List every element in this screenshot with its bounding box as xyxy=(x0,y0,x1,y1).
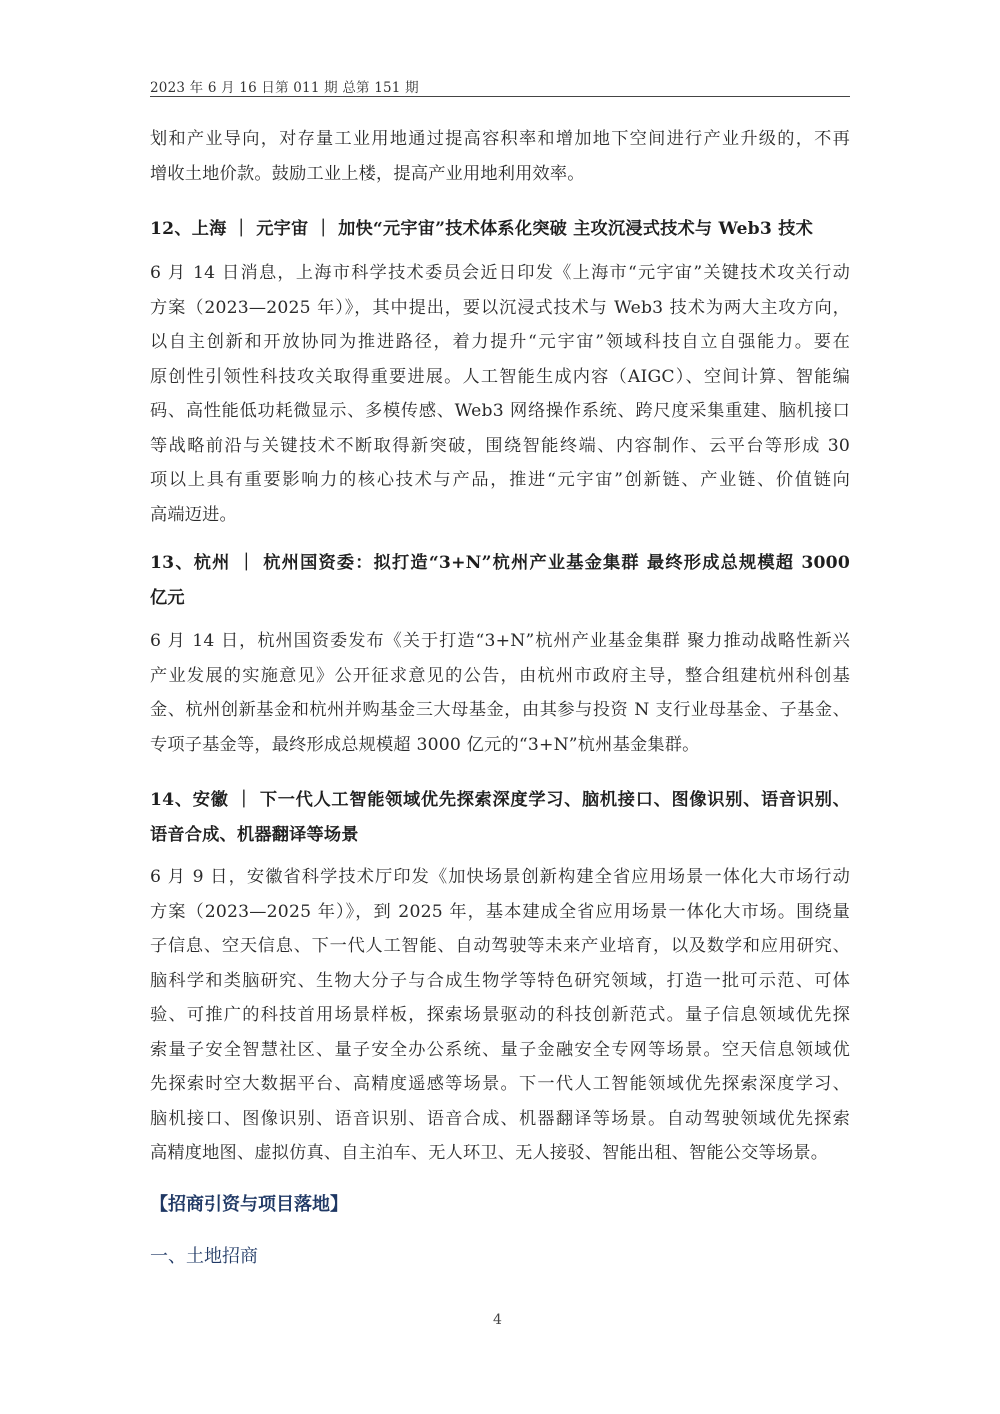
header-divider xyxy=(150,96,850,97)
text-line: 划和产业导向，对存量工业用地通过提高容积率和增加地下空间进行产业升级的，不再 xyxy=(150,122,850,157)
text-line: 以自主创新和开放协同为推进路径，着力提升“元宇宙”领域科技自立自强能力。要在 xyxy=(150,325,850,360)
text-line: 码、高性能低功耗微显示、多模传感、Web3 网络操作系统、跨尺度采集重建、脑机接… xyxy=(150,394,850,429)
text-line: 等战略前沿与关键技术不断取得新突破，围绕智能终端、内容制作、云平台等形成 30 xyxy=(150,429,850,464)
text-line: 原创性引领性科技攻关取得重要进展。人工智能生成内容（AIGC）、空间计算、智能编 xyxy=(150,360,850,395)
text-line: 先探索时空大数据平台、高精度遥感等场景。下一代人工智能领域优先探索深度学习、 xyxy=(150,1067,850,1102)
text-line: 项以上具有重要影响力的核心技术与产品，推进“元宇宙”创新链、产业链、价值链向 xyxy=(150,463,850,498)
text-line: 方案（2023—2025 年）》，其中提出，要以沉浸式技术与 Web3 技术为两… xyxy=(150,291,850,326)
text-line: 验、可推广的科技首用场景样板，探索场景驱动的科技创新范式。量子信息领域优先探 xyxy=(150,998,850,1033)
item-12-title: 12、上海 ｜ 元宇宙 ｜ 加快“元宇宙”技术体系化突破 主攻沉浸式技术与 We… xyxy=(150,212,850,247)
text-line: 6 月 14 日消息，上海市科学技术委员会近日印发《上海市“元宇宙”关键技术攻关… xyxy=(150,256,850,291)
text-line: 增收土地价款。鼓励工业上楼，提高产业用地利用效率。 xyxy=(150,157,850,192)
item-13-body: 6 月 14 日，杭州国资委发布《关于打造“3+N”杭州产业基金集群 聚力推动战… xyxy=(150,624,850,762)
text-line: 6 月 14 日，杭州国资委发布《关于打造“3+N”杭州产业基金集群 聚力推动战… xyxy=(150,624,850,659)
text-line: 子信息、空天信息、下一代人工智能、自动驾驶等未来产业培育，以及数学和应用研究、 xyxy=(150,929,850,964)
title-line: 14、安徽 ｜ 下一代人工智能领域优先探索深度学习、脑机接口、图像识别、语音识别… xyxy=(150,783,850,818)
text-line: 脑科学和类脑研究、生物大分子与合成生物学等特色研究领域，打造一批可示范、可体 xyxy=(150,964,850,999)
text-line: 6 月 9 日，安徽省科学技术厅印发《加快场景创新构建全省应用场景一体化大市场行… xyxy=(150,860,850,895)
text-line: 金、杭州创新基金和杭州并购基金三大母基金，由其参与投资 N 支行业母基金、子基金… xyxy=(150,693,850,728)
item-14-body: 6 月 9 日，安徽省科学技术厅印发《加快场景创新构建全省应用场景一体化大市场行… xyxy=(150,860,850,1171)
text-line: 高精度地图、虚拟仿真、自主泊车、无人环卫、无人接驳、智能出租、智能公交等场景。 xyxy=(150,1136,850,1171)
text-line: 索量子安全智慧社区、量子安全办公系统、量子金融安全专网等场景。空天信息领域优 xyxy=(150,1033,850,1068)
text-line: 产业发展的实施意见》公开征求意见的公告，由杭州市政府主导，整合组建杭州科创基 xyxy=(150,659,850,694)
subsection-heading: 一、土地招商 xyxy=(150,1242,258,1268)
page-number: 4 xyxy=(493,1312,502,1328)
title-line: 12、上海 ｜ 元宇宙 ｜ 加快“元宇宙”技术体系化突破 主攻沉浸式技术与 We… xyxy=(150,212,850,247)
text-line: 专项子基金等，最终形成总规模超 3000 亿元的“3+N”杭州基金集群。 xyxy=(150,728,850,763)
issue-header: 2023 年 6 月 16 日第 011 期 总第 151 期 xyxy=(150,76,850,96)
text-line: 脑机接口、图像识别、语音识别、语音合成、机器翻译等场景。自动驾驶领域优先探索 xyxy=(150,1102,850,1137)
section-heading: 【招商引资与项目落地】 xyxy=(150,1190,348,1216)
title-line: 亿元 xyxy=(150,581,850,616)
item-14-title: 14、安徽 ｜ 下一代人工智能领域优先探索深度学习、脑机接口、图像识别、语音识别… xyxy=(150,783,850,852)
item-13-title: 13、杭州 ｜ 杭州国资委：拟打造“3+N”杭州产业基金集群 最终形成总规模超 … xyxy=(150,546,850,615)
title-line: 13、杭州 ｜ 杭州国资委：拟打造“3+N”杭州产业基金集群 最终形成总规模超 … xyxy=(150,546,850,581)
text-line: 高端迈进。 xyxy=(150,498,850,533)
intro-paragraph: 划和产业导向，对存量工业用地通过提高容积率和增加地下空间进行产业升级的，不再 增… xyxy=(150,122,850,191)
item-12-body: 6 月 14 日消息，上海市科学技术委员会近日印发《上海市“元宇宙”关键技术攻关… xyxy=(150,256,850,532)
title-line: 语音合成、机器翻译等场景 xyxy=(150,818,850,853)
text-line: 方案（2023—2025 年）》，到 2025 年，基本建成全省应用场景一体化大… xyxy=(150,895,850,930)
